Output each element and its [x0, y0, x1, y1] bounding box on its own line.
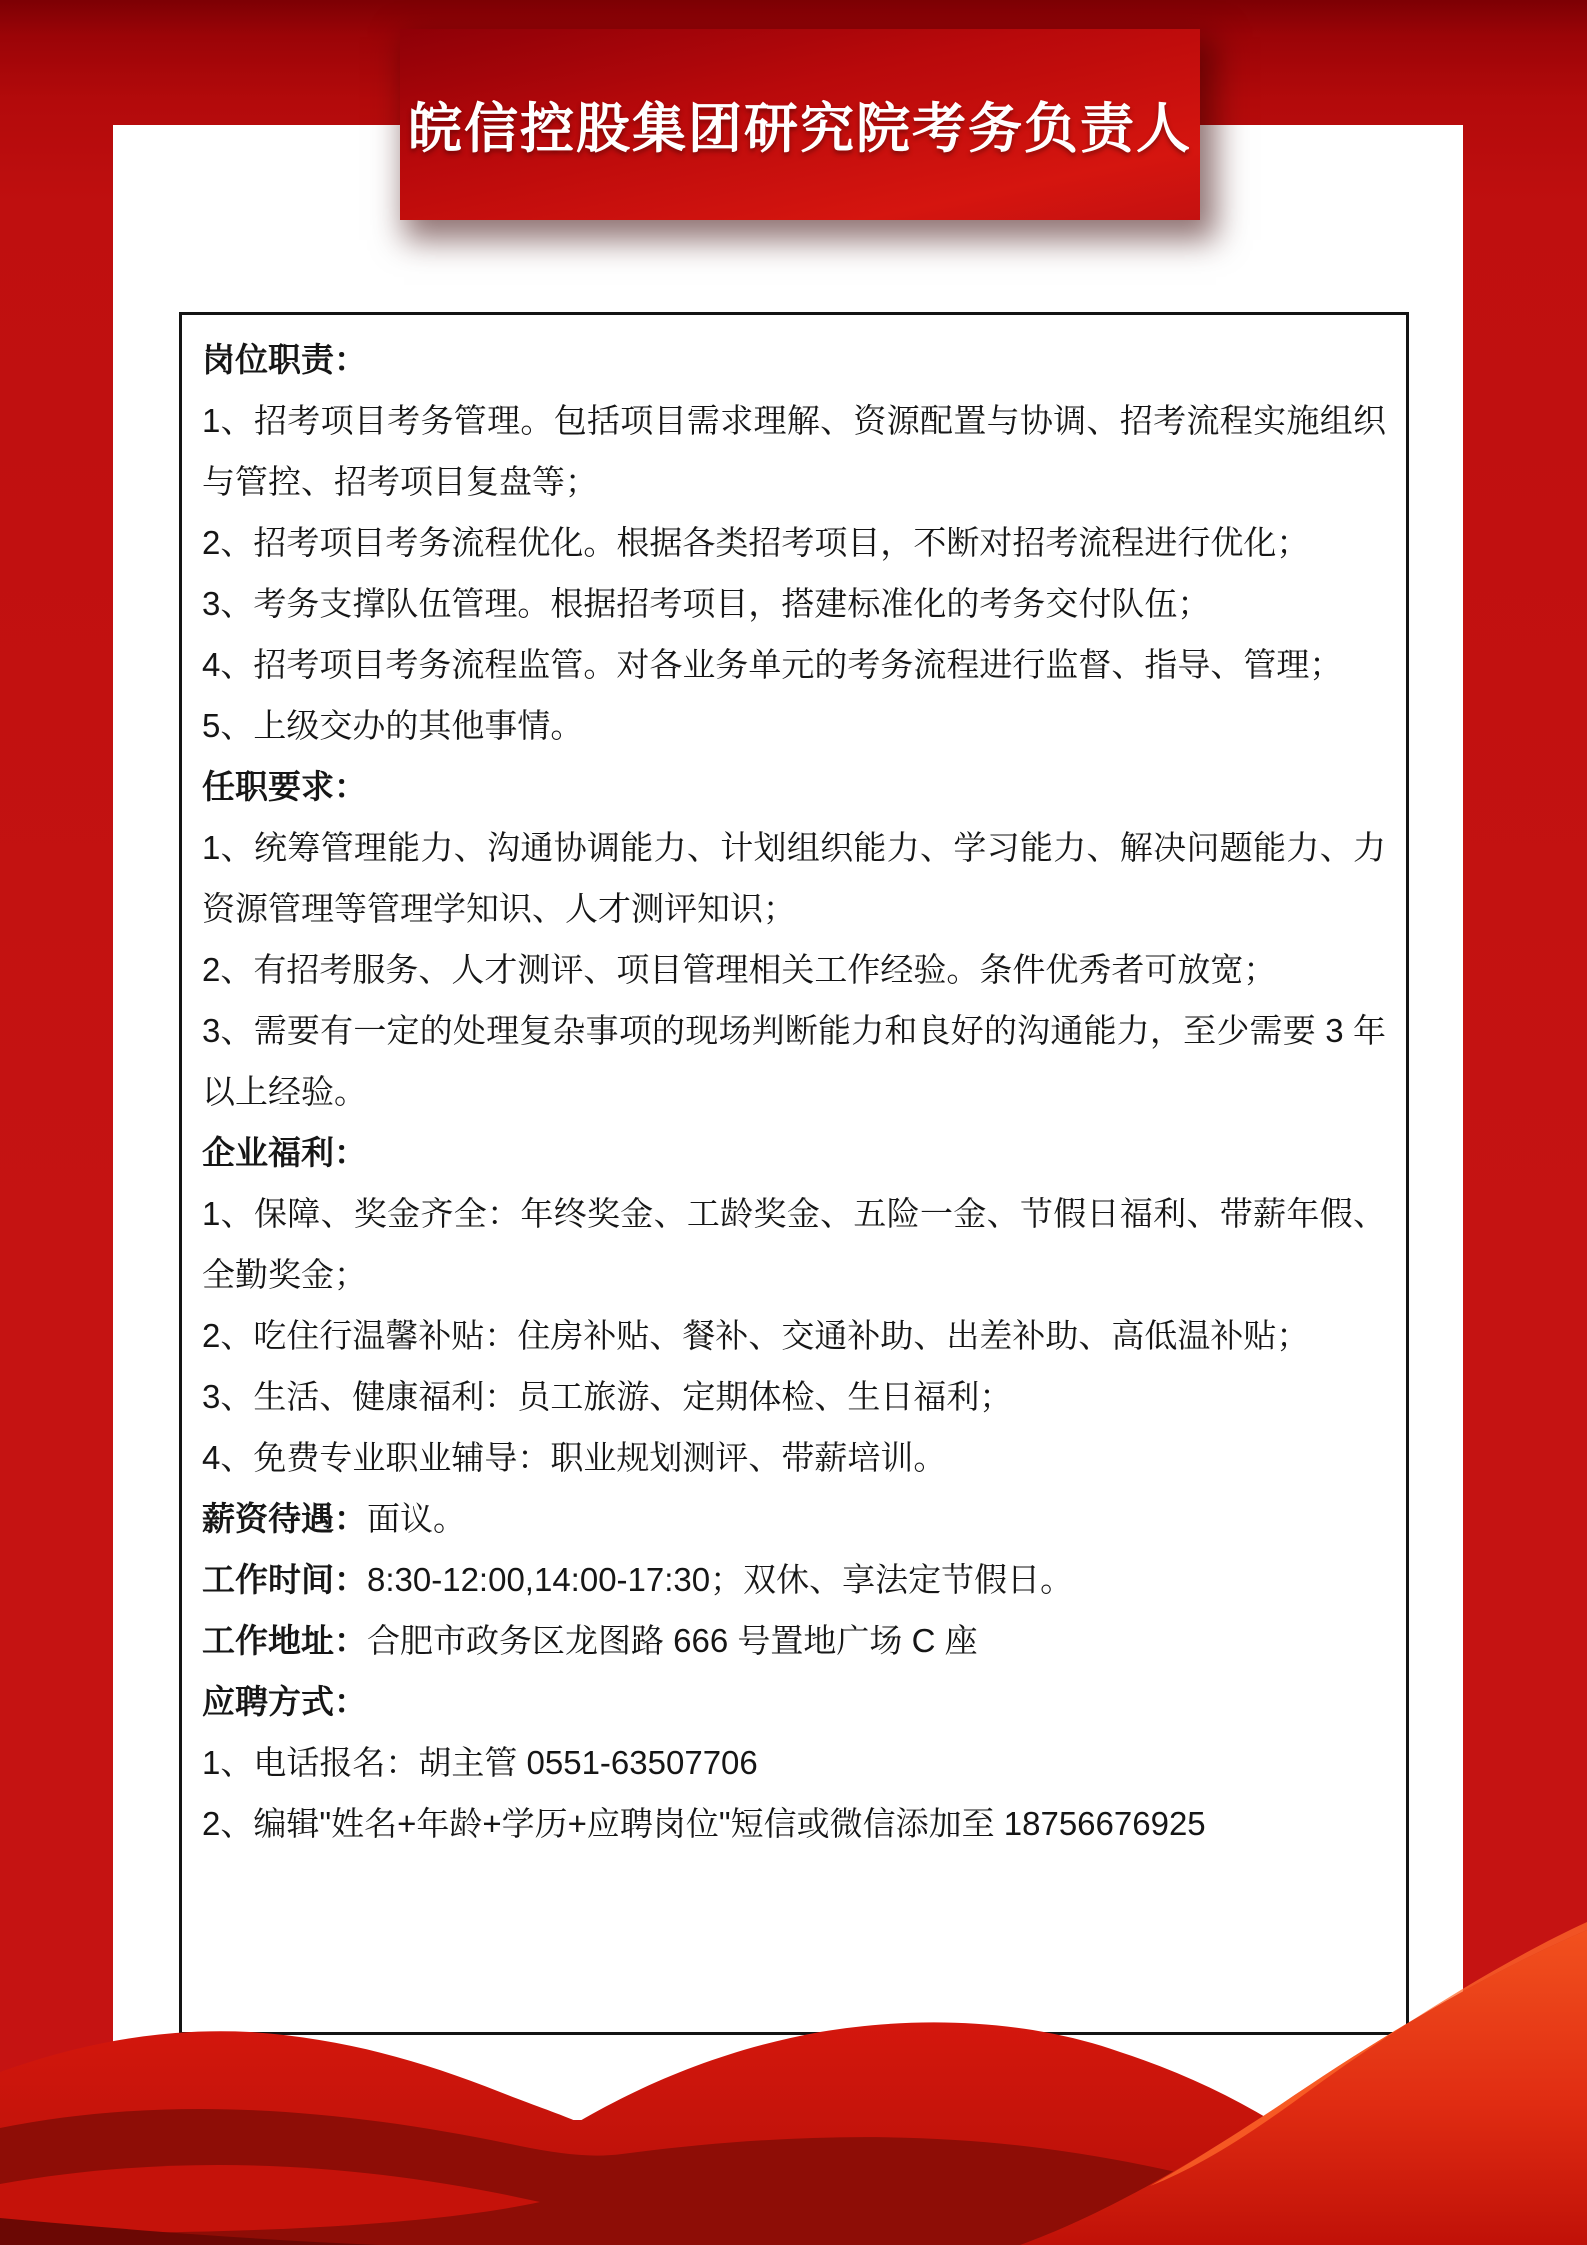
- requirement-item: 1、统筹管理能力、沟通协调能力、计划组织能力、学习能力、解决问题能力、力资源管理…: [202, 817, 1386, 939]
- poster-title: 皖信控股集团研究院考务负责人: [408, 86, 1192, 163]
- detail-label-hours: 工作时间：: [202, 1561, 367, 1598]
- section-heading-requirements: 任职要求：: [202, 756, 1386, 817]
- requirement-item: 2、有招考服务、人才测评、项目管理相关工作经验。条件优秀者可放宽；: [202, 939, 1386, 1000]
- section-heading-apply: 应聘方式：: [202, 1671, 1386, 1732]
- job-description-box: 岗位职责： 1、招考项目考务管理。包括项目需求理解、资源配置与协调、招考流程实施…: [179, 312, 1409, 2035]
- benefit-item: 3、生活、健康福利：员工旅游、定期体检、生日福利；: [202, 1366, 1386, 1427]
- detail-value-salary: 面议。: [367, 1500, 466, 1537]
- requirement-item: 3、需要有一定的处理复杂事项的现场判断能力和良好的沟通能力，至少需要 3 年以上…: [202, 1000, 1386, 1122]
- detail-row-address: 工作地址：合肥市政务区龙图路 666 号置地广场 C 座: [202, 1610, 1386, 1671]
- detail-label-salary: 薪资待遇：: [202, 1500, 367, 1537]
- detail-row-salary: 薪资待遇：面议。: [202, 1488, 1386, 1549]
- apply-item-message: 2、编辑"姓名+年龄+学历+应聘岗位"短信或微信添加至 18756676925: [202, 1793, 1386, 1854]
- ribbon-waves: [0, 1900, 1587, 2245]
- section-heading-benefits: 企业福利：: [202, 1122, 1386, 1183]
- apply-item-phone: 1、电话报名：胡主管 0551-63507706: [202, 1732, 1386, 1793]
- responsibility-item: 1、招考项目考务管理。包括项目需求理解、资源配置与协调、招考流程实施组织与管控、…: [202, 390, 1386, 512]
- responsibility-item: 3、考务支撑队伍管理。根据招考项目，搭建标准化的考务交付队伍；: [202, 573, 1386, 634]
- detail-value-address: 合肥市政务区龙图路 666 号置地广场 C 座: [367, 1622, 978, 1659]
- title-banner: 皖信控股集团研究院考务负责人: [400, 29, 1200, 220]
- section-heading-responsibilities: 岗位职责：: [202, 329, 1386, 390]
- responsibility-item: 5、上级交办的其他事情。: [202, 695, 1386, 756]
- detail-label-address: 工作地址：: [202, 1622, 367, 1659]
- benefit-item: 1、保障、奖金齐全：年终奖金、工龄奖金、五险一金、节假日福利、带薪年假、全勤奖金…: [202, 1183, 1386, 1305]
- detail-row-hours: 工作时间：8:30-12:00,14:00-17:30；双休、享法定节假日。: [202, 1549, 1386, 1610]
- responsibility-item: 4、招考项目考务流程监管。对各业务单元的考务流程进行监督、指导、管理；: [202, 634, 1386, 695]
- benefit-item: 2、吃住行温馨补贴：住房补贴、餐补、交通补助、出差补助、高低温补贴；: [202, 1305, 1386, 1366]
- job-poster-page: { "banner": { "title": "皖信控股集团研究院考务负责人" …: [0, 0, 1587, 2245]
- benefit-item: 4、免费专业职业辅导：职业规划测评、带薪培训。: [202, 1427, 1386, 1488]
- detail-value-hours: 8:30-12:00,14:00-17:30；双休、享法定节假日。: [367, 1561, 1073, 1598]
- responsibility-item: 2、招考项目考务流程优化。根据各类招考项目，不断对招考流程进行优化；: [202, 512, 1386, 573]
